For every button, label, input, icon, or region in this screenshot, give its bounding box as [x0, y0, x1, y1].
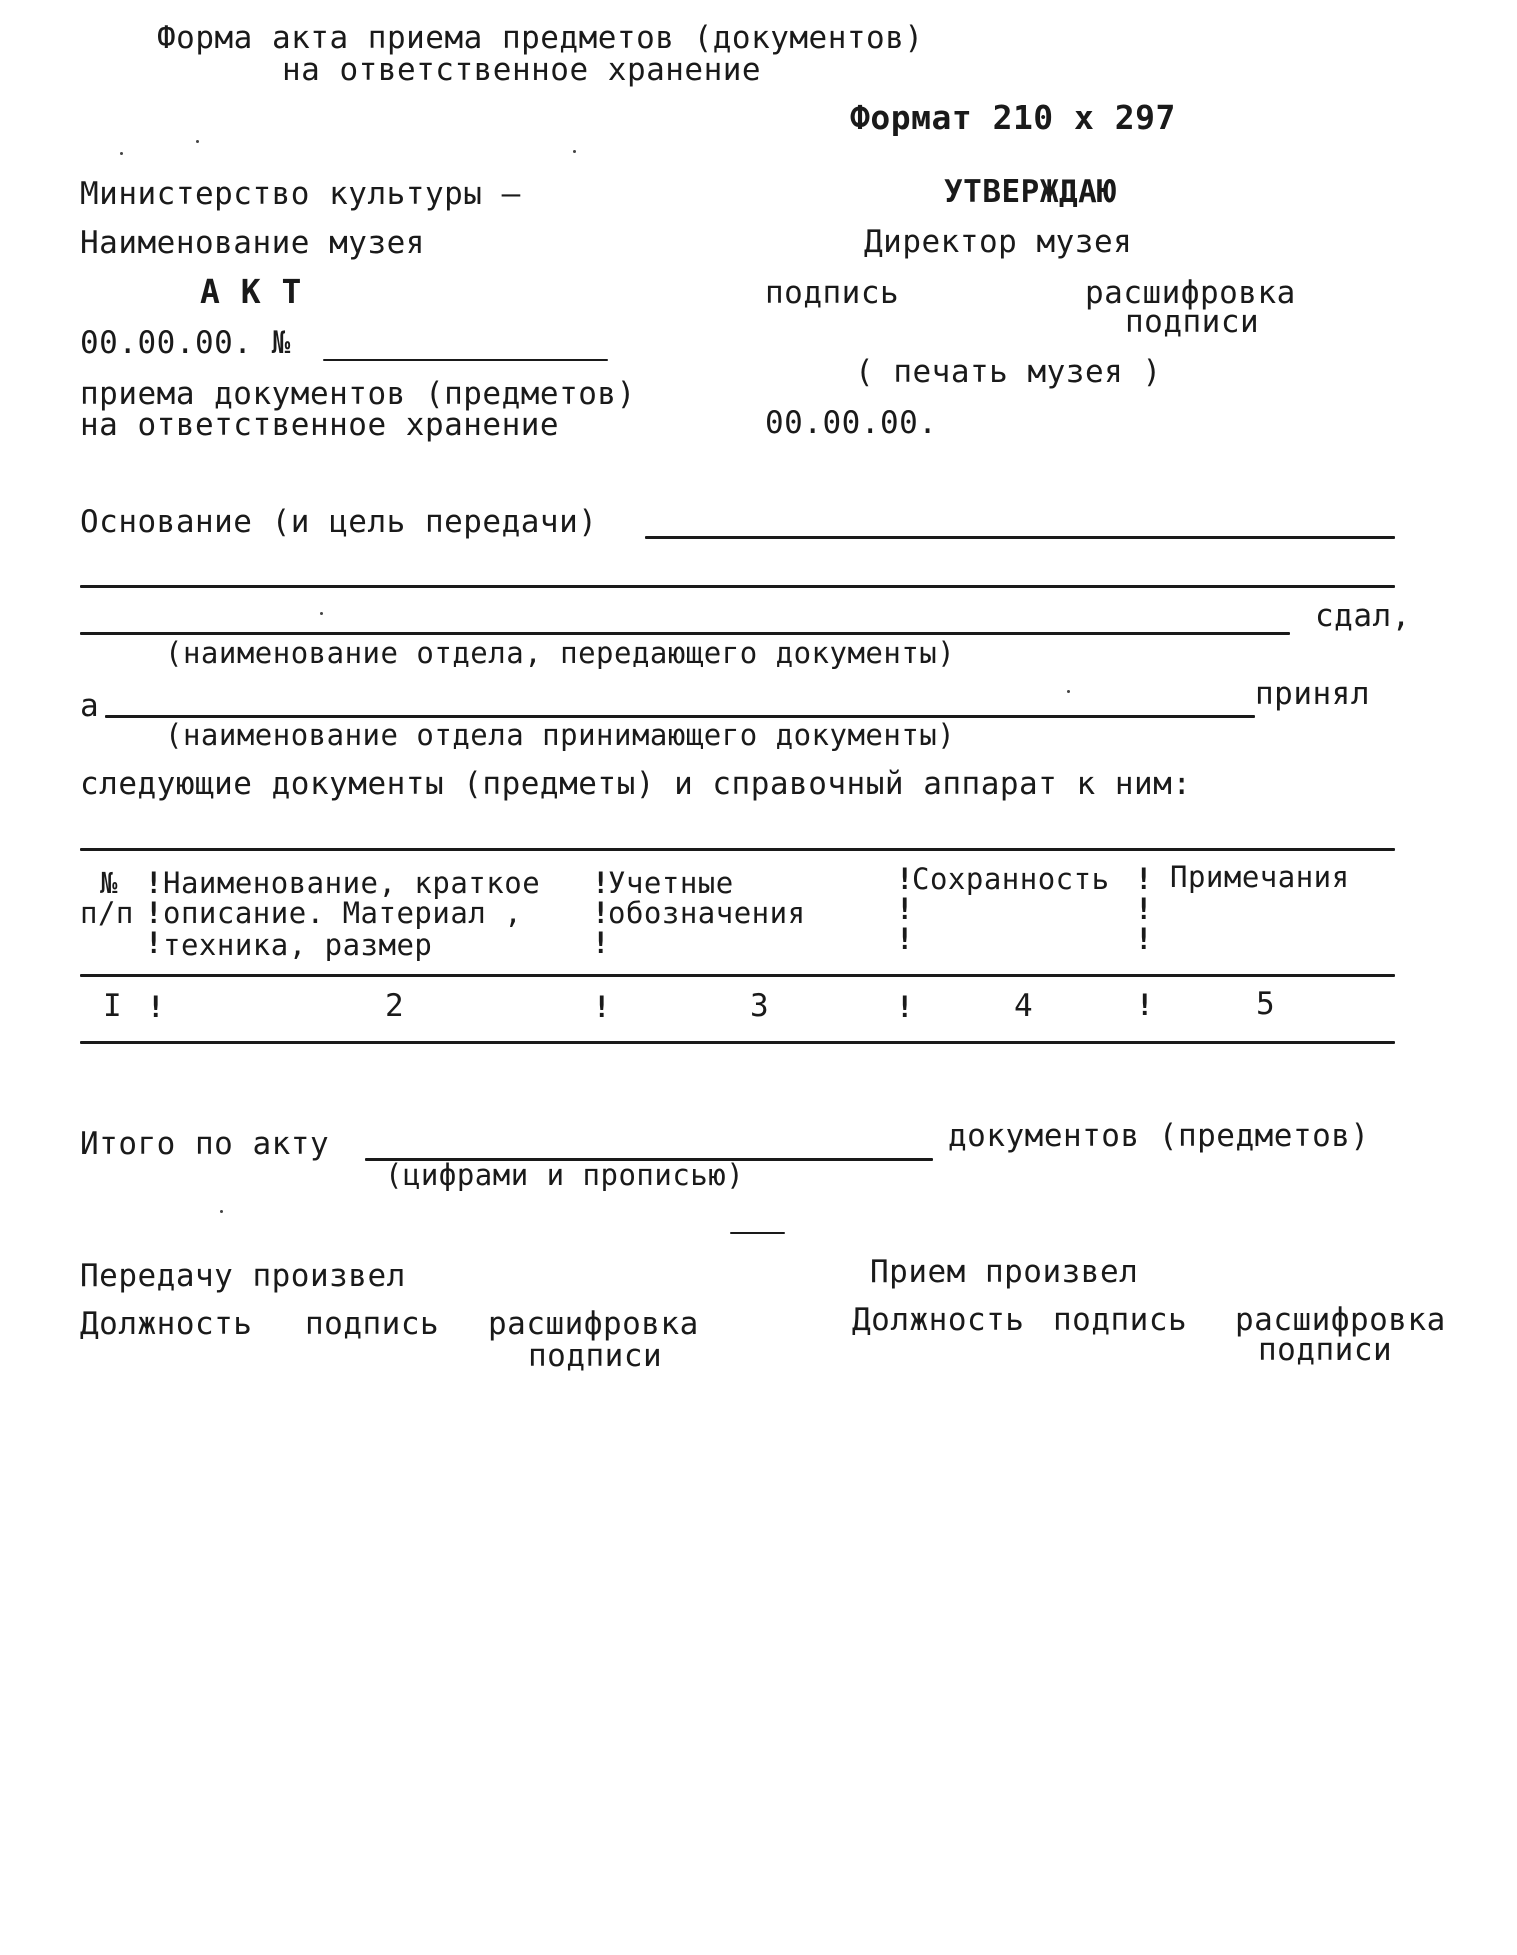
header-col3-line1: Учетные — [608, 868, 734, 898]
receipt-title: Прием произвел — [870, 1256, 1138, 1288]
handing-department-caption: (наименование отдела, передающего докуме… — [165, 638, 955, 668]
approve-heading: УТВЕРЖДАЮ — [944, 176, 1116, 208]
receiving-department-caption: (наименование отдела принимающего докуме… — [165, 720, 955, 750]
following-documents-label: следующие документы (предметы) и справоч… — [80, 768, 1192, 800]
divider-mark — [730, 1232, 785, 1234]
act-date-number: 00.00.00. № — [80, 327, 291, 359]
director-label: Директор музея — [864, 226, 1132, 258]
handing-department-field[interactable] — [80, 632, 1290, 635]
handover-decoding-line1: расшифровка — [488, 1308, 699, 1340]
table-header-rule — [80, 974, 1395, 977]
museum-name-label: Наименование музея — [80, 227, 425, 259]
basis-field[interactable] — [645, 536, 1395, 539]
table-top-rule — [80, 848, 1395, 851]
approval-date: 00.00.00. — [765, 407, 937, 439]
total-caption: (цифрами и прописью) — [385, 1160, 744, 1190]
act-purpose-line1: приема документов (предметов) — [80, 378, 636, 410]
act-title: А К Т — [200, 276, 302, 308]
receipt-signature: подпись — [1053, 1304, 1187, 1336]
ministry-label: Министерство культуры — — [80, 178, 521, 210]
col-number-1: I — [103, 990, 122, 1022]
total-suffix: документов (предметов) — [948, 1120, 1370, 1152]
header-col3-line2: обозначения — [608, 898, 806, 928]
scan-speck — [320, 612, 323, 615]
col-separator-3: !!! — [896, 864, 913, 954]
col-number-2: 2 — [385, 990, 404, 1022]
director-signature-decoding-line2: подписи — [1125, 306, 1259, 338]
act-purpose-line2: на ответственное хранение — [80, 409, 559, 441]
receipt-decoding-line2: подписи — [1258, 1334, 1392, 1366]
director-signature-label: подпись — [765, 277, 899, 309]
basis-field-continuation[interactable] — [80, 585, 1395, 588]
handover-position: Должность — [80, 1308, 252, 1340]
handed-over-label: сдал, — [1315, 600, 1411, 632]
header-col1-line1: № — [100, 868, 118, 898]
form-title-line2: на ответственное хранение — [282, 54, 761, 86]
col-number-5: 5 — [1256, 988, 1275, 1020]
table-bottom-rule — [80, 1041, 1395, 1044]
header-col4: Сохранность — [912, 864, 1110, 894]
scan-speck — [120, 152, 123, 155]
num-separator-3: ! — [896, 992, 913, 1022]
col-separator-1: !!! — [145, 868, 162, 958]
act-number-field[interactable] — [323, 359, 608, 361]
num-separator-2: ! — [593, 992, 610, 1022]
col-separator-4: !!! — [1135, 864, 1152, 954]
header-col2-line3: техника, размер — [163, 930, 432, 960]
handover-decoding-line2: подписи — [528, 1340, 662, 1372]
num-separator-4: ! — [1136, 990, 1153, 1020]
scan-speck — [1067, 690, 1070, 693]
header-col2-line2: описание. Материал , — [163, 898, 522, 928]
total-label: Итого по акту — [80, 1128, 329, 1160]
col-number-3: 3 — [750, 990, 769, 1022]
header-col1-line2: п/п — [80, 898, 134, 928]
and-label: а — [80, 690, 99, 722]
handover-signature: подпись — [305, 1308, 439, 1340]
scan-speck — [196, 140, 199, 143]
scan-speck — [220, 1210, 223, 1213]
basis-label: Основание (и цель передачи) — [80, 506, 597, 538]
handover-title: Передачу произвел — [80, 1260, 406, 1292]
accepted-label: принял — [1255, 678, 1370, 710]
col-separator-2: !!! — [592, 868, 609, 958]
col-number-4: 4 — [1014, 990, 1033, 1022]
receipt-position: Должность — [852, 1304, 1024, 1336]
header-col5: Примечания — [1170, 862, 1350, 892]
header-col2-line1: Наименование, краткое — [163, 868, 540, 898]
museum-stamp-label: ( печать музея ) — [855, 356, 1162, 388]
num-separator-1: ! — [147, 992, 164, 1022]
scan-speck — [573, 150, 576, 153]
format-label: Формат 210 x 297 — [850, 102, 1176, 134]
form-title-line1: Форма акта приема предметов (документов) — [157, 22, 924, 54]
